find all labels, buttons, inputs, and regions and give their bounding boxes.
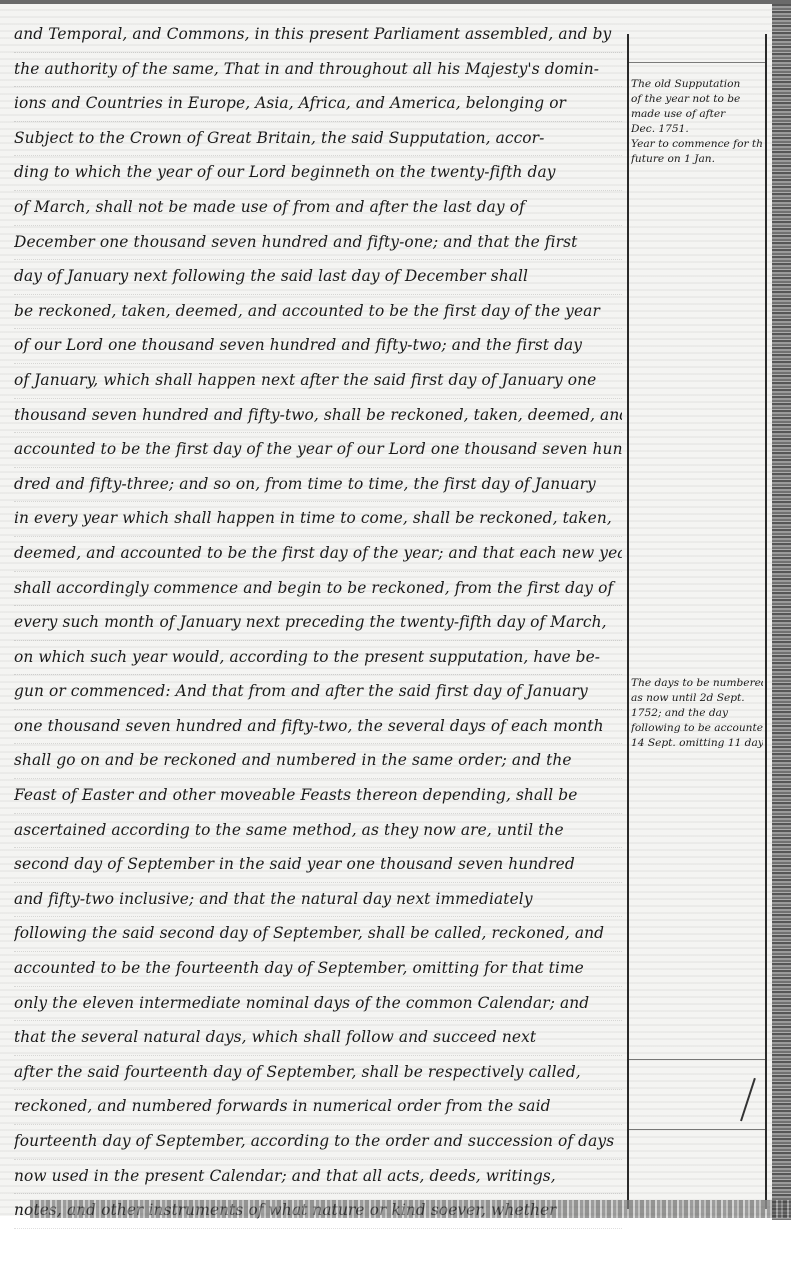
margin-rule-right: [765, 34, 767, 1209]
text-line: of March, shall not be made use of from …: [14, 191, 622, 226]
text-line: day of January next following the said l…: [14, 260, 622, 295]
pen-stroke-mark: [740, 1078, 756, 1121]
text-line: one thousand seven hundred and fifty-two…: [14, 710, 622, 745]
text-line: ascertained according to the same method…: [14, 814, 622, 849]
margin-note-line: as now until 2d Sept.: [631, 691, 763, 706]
text-line: be reckoned, taken, deemed, and accounte…: [14, 295, 622, 330]
margin-note-line: future on 1 Jan.: [631, 152, 763, 167]
margin-note-days-numbered: The days to be numbered as now until 2d …: [631, 676, 763, 751]
text-line: thousand seven hundred and fifty-two, sh…: [14, 399, 622, 434]
margin-divider: [627, 1129, 765, 1130]
text-line: gun or commenced: And that from and afte…: [14, 675, 622, 710]
text-line: and Temporal, and Commons, in this prese…: [14, 18, 622, 53]
text-line: and fifty-two inclusive; and that the na…: [14, 883, 622, 918]
text-line: fourteenth day of September, according t…: [14, 1125, 622, 1160]
margin-note-line: of the year not to be: [631, 92, 763, 107]
text-line: only the eleven intermediate nominal day…: [14, 987, 622, 1022]
text-line: of January, which shall happen next afte…: [14, 364, 622, 399]
text-line: accounted to be the first day of the yea…: [14, 433, 622, 468]
text-line: ions and Countries in Europe, Asia, Afri…: [14, 87, 622, 122]
text-line: accounted to be the fourteenth day of Se…: [14, 952, 622, 987]
page-bottom-edge: [30, 1200, 791, 1218]
text-line: the authority of the same, That in and t…: [14, 53, 622, 88]
text-line: following the said second day of Septemb…: [14, 917, 622, 952]
text-line: now used in the present Calendar; and th…: [14, 1160, 622, 1195]
text-line: dred and fifty-three; and so on, from ti…: [14, 468, 622, 503]
text-line: December one thousand seven hundred and …: [14, 226, 622, 261]
margin-divider: [627, 62, 765, 63]
text-line: Subject to the Crown of Great Britain, t…: [14, 122, 622, 157]
text-line: every such month of January next precedi…: [14, 606, 622, 641]
manuscript-page: and Temporal, and Commons, in this prese…: [0, 0, 791, 1216]
margin-divider: [627, 1059, 765, 1060]
text-line: Feast of Easter and other moveable Feast…: [14, 779, 622, 814]
text-line: reckoned, and numbered forwards in numer…: [14, 1090, 622, 1125]
main-text-column: and Temporal, and Commons, in this prese…: [14, 18, 622, 1229]
margin-note-line: 1752; and the day: [631, 706, 763, 721]
page-edge-shadow: [772, 4, 791, 1220]
margin-note-line: made use of after: [631, 107, 763, 122]
margin-note-line: Year to commence for the: [631, 137, 763, 152]
margin-note-line: 14 Sept. omitting 11 days.: [631, 736, 763, 751]
margin-note-line: following to be accounted: [631, 721, 763, 736]
text-line: second day of September in the said year…: [14, 848, 622, 883]
text-line: that the several natural days, which sha…: [14, 1021, 622, 1056]
text-line: in every year which shall happen in time…: [14, 502, 622, 537]
text-line: deemed, and accounted to be the first da…: [14, 537, 622, 572]
text-line: shall accordingly commence and begin to …: [14, 572, 622, 607]
margin-note-old-supputation: The old Supputation of the year not to b…: [631, 77, 763, 167]
text-line: after the said fourteenth day of Septemb…: [14, 1056, 622, 1091]
margin-note-line: The days to be numbered: [631, 676, 763, 691]
margin-rule-left: [627, 34, 629, 1209]
text-line: on which such year would, according to t…: [14, 641, 622, 676]
text-line: of our Lord one thousand seven hundred a…: [14, 329, 622, 364]
margin-note-line: Dec. 1751.: [631, 122, 763, 137]
text-line: shall go on and be reckoned and numbered…: [14, 744, 622, 779]
text-line: ding to which the year of our Lord begin…: [14, 156, 622, 191]
margin-note-line: The old Supputation: [631, 77, 763, 92]
